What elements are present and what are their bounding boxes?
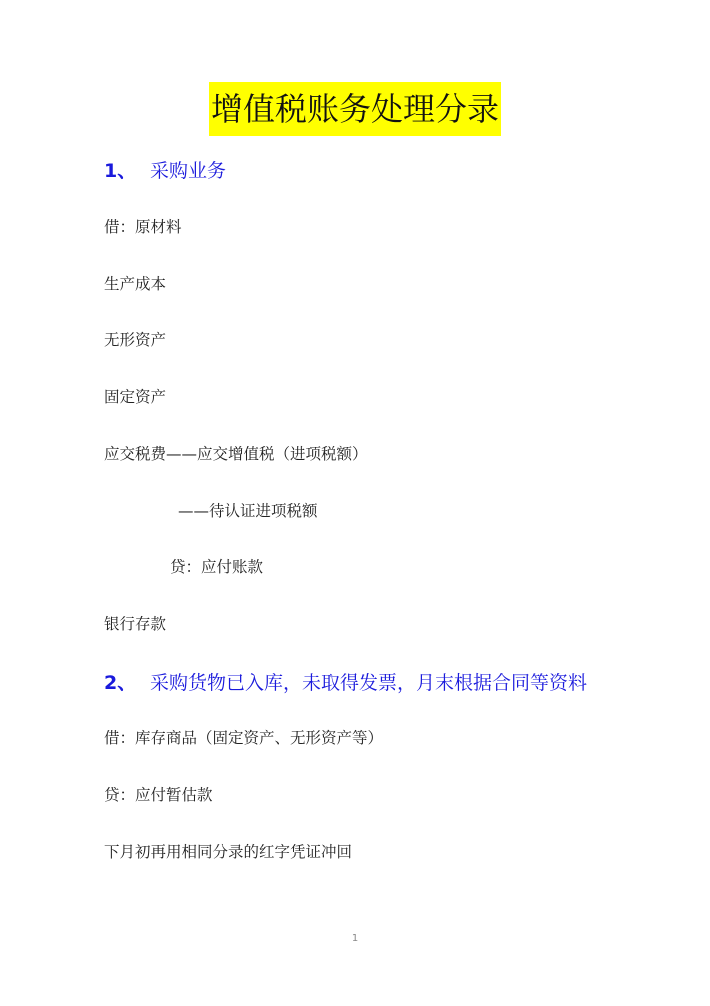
entry-input-vat: 应交税费——应交增值税（进项税额）: [104, 442, 368, 464]
section-title: 采购业务: [150, 160, 226, 182]
section-2-heading: 2、 采购货物已入库，未取得发票，月末根据合同等资料: [104, 668, 587, 695]
entry-credit-accounts-payable: 贷：应付账款: [170, 555, 263, 577]
entry-debit-raw-materials: 借：原材料: [104, 215, 182, 237]
entry-bank-deposit: 银行存款: [104, 612, 166, 634]
entry-production-cost: 生产成本: [104, 272, 166, 294]
entry-debit-inventory: 借：库存商品（固定资产、无形资产等）: [104, 726, 383, 748]
entry-fixed-assets: 固定资产: [104, 385, 166, 407]
section-1-heading: 1、 采购业务: [104, 156, 226, 183]
entry-reversal-note: 下月初再用相同分录的红字凭证冲回: [104, 840, 352, 862]
section-number: 2、: [104, 668, 144, 695]
document-title: 增值税账务处理分录: [209, 82, 501, 136]
entry-pending-input-vat: ——待认证进项税额: [178, 499, 318, 521]
section-number: 1、: [104, 156, 144, 183]
entry-intangible-assets: 无形资产: [104, 328, 166, 350]
page-number: 1: [0, 933, 710, 944]
entry-credit-estimated-payable: 贷：应付暂估款: [104, 783, 213, 805]
section-title: 采购货物已入库，未取得发票，月末根据合同等资料: [150, 672, 587, 694]
title-container: 增值税账务处理分录: [0, 82, 710, 136]
